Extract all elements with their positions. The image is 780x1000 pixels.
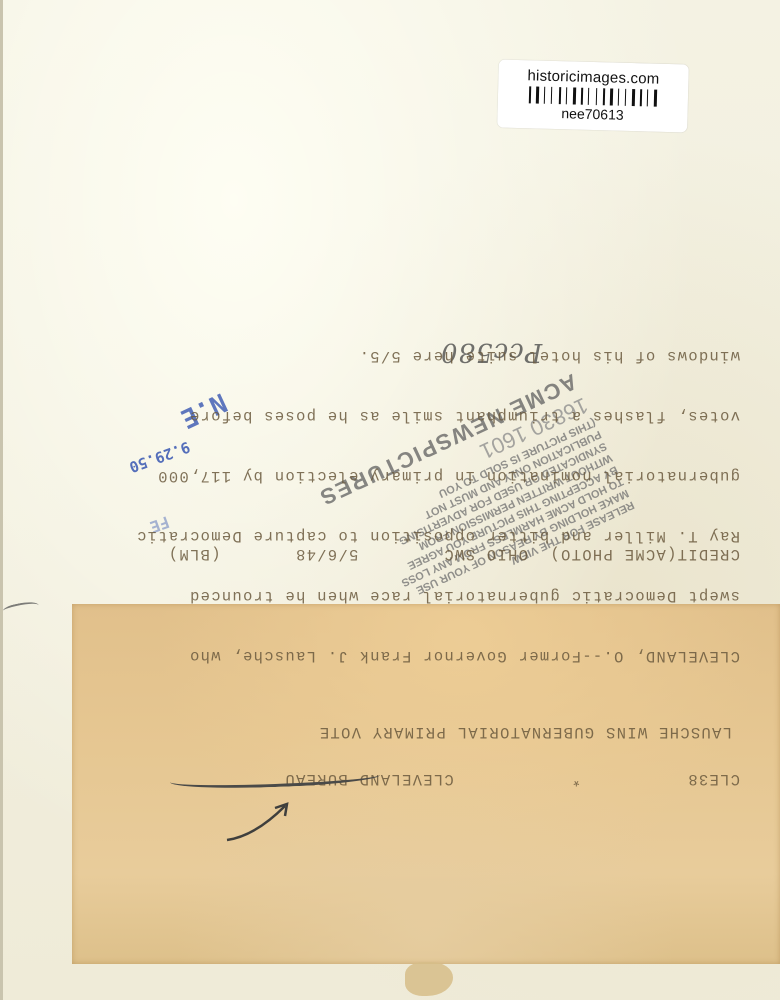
- caption-line: CLEVELAND, O.--Former Governor Frank J. …: [136, 646, 740, 666]
- barcode-icon: [529, 86, 657, 106]
- caption-line: windows of his hotel suite here 5/5.: [136, 346, 740, 366]
- credit: CREDIT(ACME PHOTO): [549, 545, 740, 563]
- caption-line: gubernatorial nomination in primary elec…: [136, 466, 740, 486]
- label-code: nee70613: [497, 104, 687, 125]
- caption-date: 5/6/48: [295, 545, 359, 563]
- caption-line: votes, flashes a triumphant smile as he …: [136, 406, 740, 426]
- caption-body: CLEVELAND, O.--Former Governor Frank J. …: [136, 306, 740, 706]
- label-site: historicimages.com: [498, 67, 688, 89]
- caption-headline: LAUSCHE WINS GUBERNATORIAL PRIMARY VOTE: [319, 722, 732, 742]
- slug-code: CLE38: [687, 770, 740, 788]
- pen-arrow-icon: [225, 800, 305, 842]
- barcode-label: historicimages.com nee70613: [497, 60, 689, 133]
- caption-line: Ray T. Miller and bitter opposition to c…: [136, 526, 740, 546]
- paper-edge: [0, 0, 3, 1000]
- desk: OHIO SWC: [443, 545, 528, 563]
- caption-credit-line: CREDIT(ACME PHOTO) OHIO SWC 5/6/48 (BLM): [168, 544, 741, 564]
- caption-initials: (BLM): [168, 545, 221, 563]
- caption-line: swept Democratic gubernatorial race when…: [136, 586, 740, 606]
